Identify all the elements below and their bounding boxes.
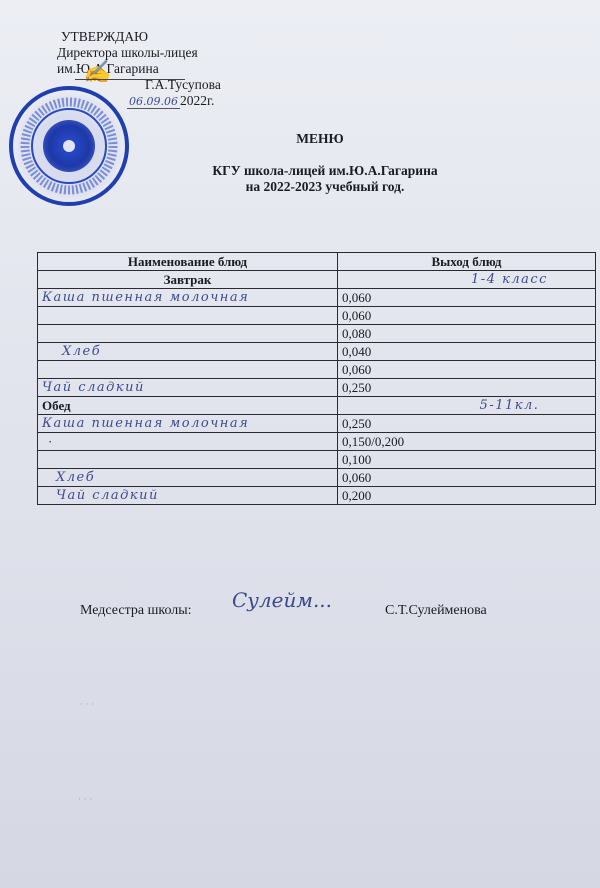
dish-output: 0,250 [338,379,596,397]
table-row: Каша пшенная молочная 0,250 [38,415,596,433]
table-row: Хлеб 0,060 [38,469,596,487]
dish-name: · [38,433,338,451]
table-row: 0,060 [38,307,596,325]
menu-table: Наименование блюд Выход блюд Завтрак 1-4… [37,252,596,505]
dish-name [38,361,338,379]
dish-output: 0,250 [338,415,596,433]
table-header-row: Наименование блюд Выход блюд [38,253,596,271]
dish-name: Хлеб [38,469,338,487]
bleed-through-mark: · · · [80,700,94,710]
dish-name: Каша пшенная молочная [38,289,338,307]
table-row: Чай сладкий 0,250 [38,379,596,397]
approval-date-handwritten: 06.09.06 [127,95,180,109]
dish-name: Хлеб [38,343,338,361]
section-group-note: 5-11кл. [338,397,596,415]
section-group-note: 1-4 класс [338,271,596,289]
table-row: Каша пшенная молочная 0,060 [38,289,596,307]
header-dish-name: Наименование блюд [38,253,338,271]
director-signature: ✍ [83,60,110,85]
dish-name: Чай сладкий [38,379,338,397]
dish-name: Чай сладкий [38,487,338,505]
section-title: Обед [38,397,338,415]
dish-output: 0,100 [338,451,596,469]
dish-output: 0,060 [338,307,596,325]
dish-output: 0,060 [338,469,596,487]
dish-output: 0,080 [338,325,596,343]
dish-output: 0,060 [338,361,596,379]
table-row: · 0,150/0,200 [38,433,596,451]
approval-school: им.Ю.А.Гагарина [57,61,221,77]
dish-name [38,307,338,325]
nurse-role: Медсестра школы: [80,603,192,619]
approval-heading: УТВЕРЖДАЮ [57,29,221,45]
nurse-name: С.Т.Сулейменова [385,603,487,619]
table-row: 0,080 [38,325,596,343]
dish-name [38,451,338,469]
section-row-lunch: Обед 5-11кл. [38,397,596,415]
dish-name [38,325,338,343]
section-row-breakfast: Завтрак 1-4 класс [38,271,596,289]
header-output: Выход блюд [338,253,596,271]
approval-date-suffix: 2022г. [180,93,214,108]
section-title: Завтрак [38,271,338,289]
table-row: 0,060 [38,361,596,379]
school-year: на 2022-2023 учебный год. [50,179,600,195]
bleed-through-mark: · · · [78,795,92,805]
dish-output: 0,150/0,200 [338,433,596,451]
document-title: МЕНЮ [0,131,600,147]
document-subtitle: КГУ школа-лицей им.Ю.А.Гагарина на 2022-… [0,163,600,195]
dish-output: 0,060 [338,289,596,307]
dish-output: 0,200 [338,487,596,505]
dish-output: 0,040 [338,343,596,361]
table-row: Чай сладкий 0,200 [38,487,596,505]
dish-name: Каша пшенная молочная [38,415,338,433]
nurse-signature: Сулейм... [232,588,332,612]
table-row: 0,100 [38,451,596,469]
approval-position: Директора школы-лицея [57,45,221,61]
signature-underline [75,79,185,80]
org-name: КГУ школа-лицей им.Ю.А.Гагарина [50,163,600,179]
table-row: Хлеб 0,040 [38,343,596,361]
